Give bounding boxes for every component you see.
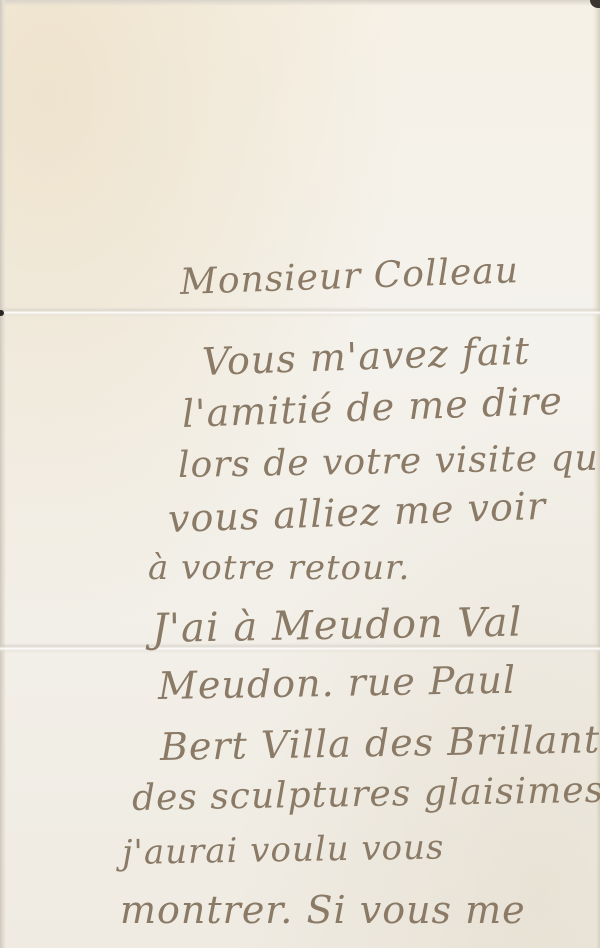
letter-line: Meudon. rue Paul (158, 658, 517, 708)
letter-line: des sculptures glaisimes que (132, 768, 600, 819)
letter-line: J'ai à Meudon Val (152, 600, 523, 652)
letter-line: l'amitié de me dire (181, 379, 563, 436)
paper-left-edge (0, 0, 6, 948)
letter-line: à votre retour. (148, 548, 410, 588)
letter-line: lors de votre visite que (178, 437, 600, 486)
letter-line: Bert Villa des Brillants (160, 717, 600, 769)
letter-line: vous alliez me voir (167, 484, 547, 541)
letter-page: Monsieur Colleau Vous m'avez fait l'amit… (0, 0, 600, 948)
letter-line: j'aurai voulu vous (122, 827, 445, 873)
letter-line: montrer. Si vous me (120, 888, 526, 932)
fold-crease (0, 307, 600, 317)
salutation-line: Monsieur Colleau (179, 250, 519, 303)
paper-top-edge (0, 0, 600, 6)
letter-line: Vous m'avez fait (201, 329, 531, 384)
